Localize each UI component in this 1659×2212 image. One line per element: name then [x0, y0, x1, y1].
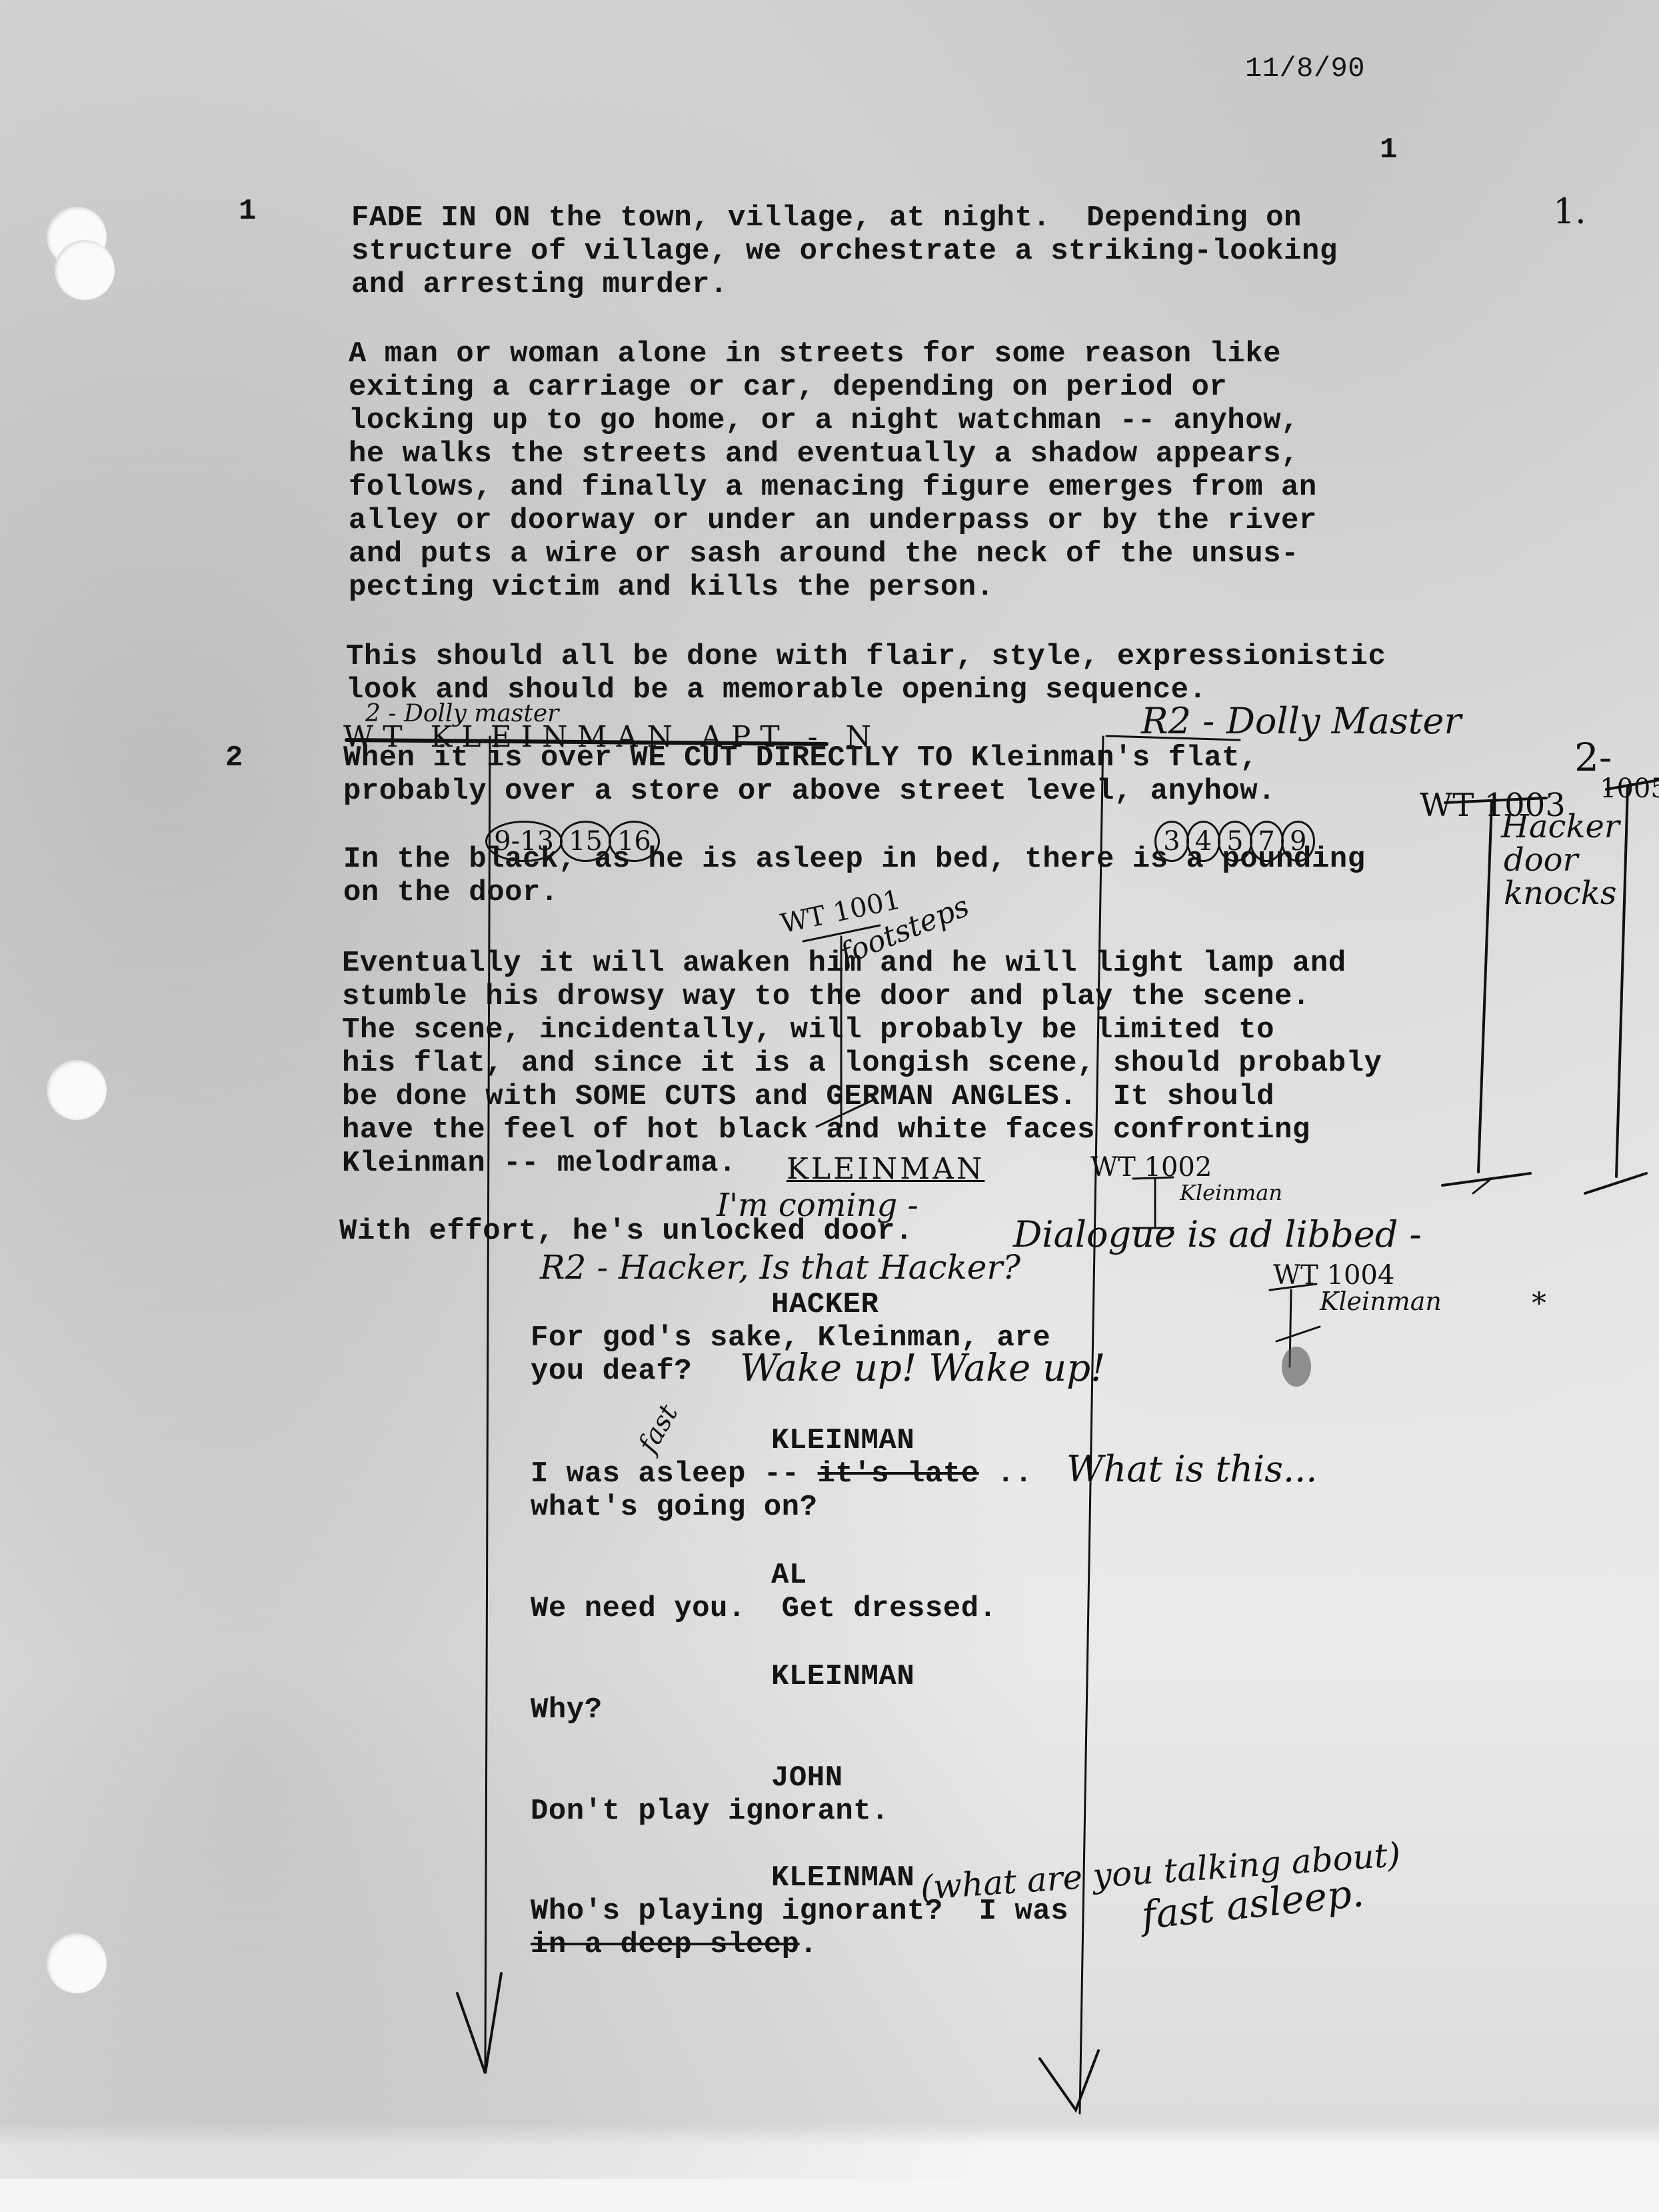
annotation-fast: fast: [633, 1399, 684, 1458]
annotation-kleinman-small-2: Kleinman: [1320, 1287, 1442, 1316]
scene-number-2: 2: [225, 741, 243, 775]
scene-number-1: 1: [239, 195, 257, 228]
dialogue-line: Don't play ignorant.: [531, 1795, 889, 1828]
struck-text: in a deep sleep: [531, 1928, 800, 1961]
annotation-what-is-this: What is this...: [1066, 1448, 1317, 1490]
character-kleinman: KLEINMAN: [771, 1424, 914, 1457]
dialogue-line: We need you. Get dressed.: [531, 1592, 997, 1625]
character-hacker: HACKER: [771, 1288, 878, 1321]
dialogue-line: I was asleep -- it's late ..: [531, 1457, 1032, 1491]
handwritten-page-number: 1.: [1553, 192, 1586, 232]
dialogue-line: what's going on?: [531, 1491, 817, 1524]
dialogue-line: you deaf?: [531, 1355, 692, 1388]
annotation-1005: 1005: [1600, 773, 1659, 804]
binder-hole-top-2: [55, 240, 115, 300]
annotation-kleinman-caps: KLEINMAN: [787, 1152, 984, 1186]
paragraph-unlocked-door: With effort, he's unlocked door.: [339, 1215, 913, 1248]
annotation-dialogue-ad-libbed: Dialogue is ad libbed -: [1013, 1213, 1422, 1255]
annotation-wt1002: WT 1002: [1090, 1152, 1212, 1183]
annotation-asterisk: *: [1532, 1287, 1546, 1321]
struck-text: it's late: [817, 1457, 978, 1491]
character-kleinman: KLEINMAN: [771, 1660, 914, 1693]
binder-hole-middle: [47, 1060, 107, 1120]
annotation-kleinman-small: Kleinman: [1180, 1180, 1282, 1205]
character-john: JOHN: [771, 1761, 843, 1795]
character-al: AL: [771, 1559, 807, 1592]
annotation-r2-hacker: R2 - Hacker, Is that Hacker?: [540, 1248, 1020, 1287]
scan-bottom-edge: [0, 2179, 1659, 2212]
annotation-wake-up: Wake up! Wake up!: [740, 1347, 1106, 1390]
dialogue-line: Who's playing ignorant? I was: [531, 1895, 1068, 1928]
dialogue-line: Why?: [531, 1693, 603, 1727]
page-number: 1: [1380, 133, 1398, 167]
binder-hole-bottom: [47, 1933, 107, 1993]
annotation-r2-dolly-master: R2 - Dolly Master: [1141, 700, 1461, 742]
script-date: 11/8/90: [1245, 52, 1365, 85]
dialogue-line: in a deep sleep.: [531, 1928, 817, 1961]
character-kleinman: KLEINMAN: [771, 1861, 914, 1895]
